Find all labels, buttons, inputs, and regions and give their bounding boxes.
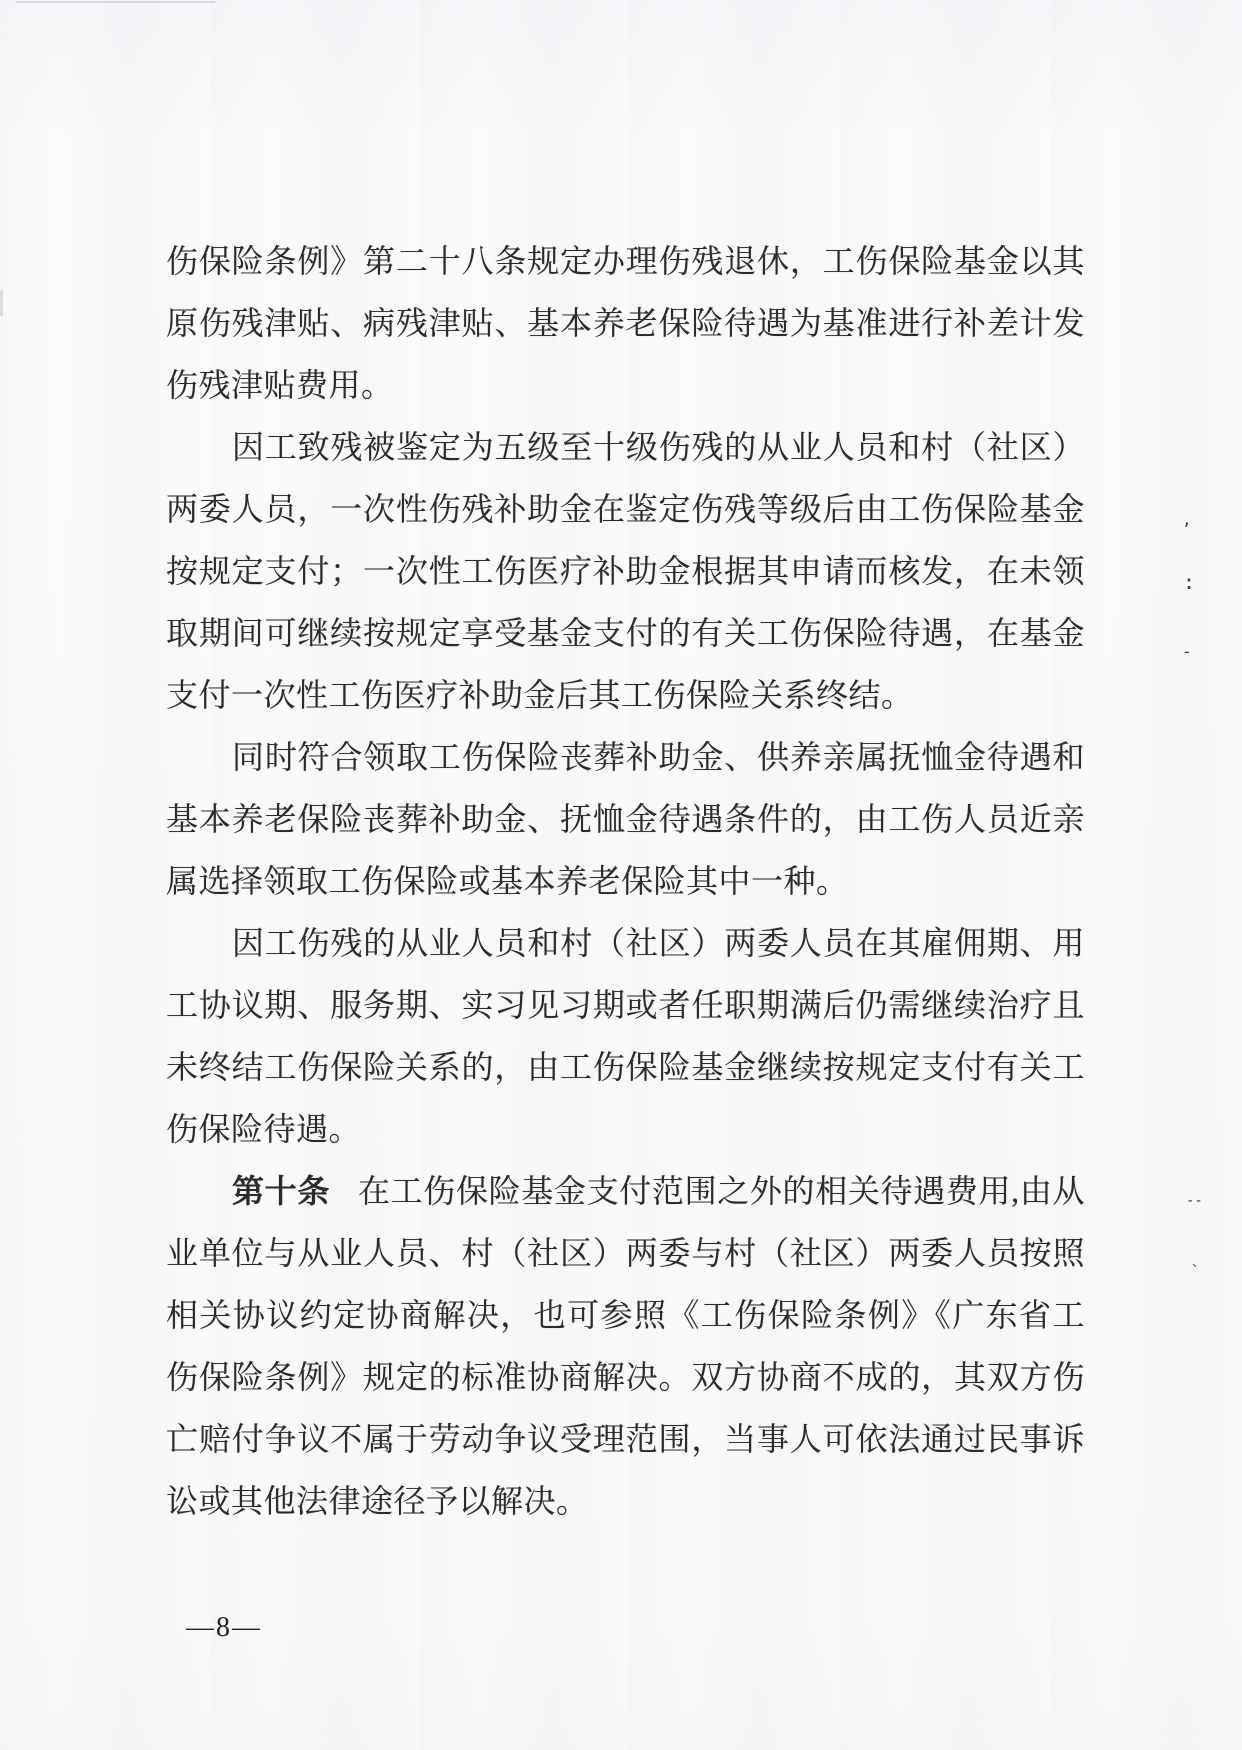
text-line: 伤保险条例》规定的标准协商解决。双方协商不成的，其双方伤	[166, 1346, 1085, 1408]
scan-mark: -	[1182, 644, 1192, 660]
text-line: 两委人员，一次性伤残补助金在鉴定伤残等级后由工伤保险基金	[166, 478, 1085, 540]
text-line: 按规定支付；一次性工伤医疗补助金根据其申请而核发，在未领	[166, 540, 1085, 602]
paragraph: 伤保险条例》第二十八条规定办理伤残退休，工伤保险基金以其原伤残津贴、病残津贴、基…	[166, 230, 1085, 416]
paragraph: 因工伤残的从业人员和村（社区）两委人员在其雇佣期、用工协议期、服务期、实习见习期…	[166, 912, 1085, 1160]
text-line: 未终结工伤保险关系的，由工伤保险基金继续按规定支付有关工	[166, 1036, 1085, 1098]
text-line: 同时符合领取工伤保险丧葬补助金、供养亲属抚恤金待遇和	[166, 726, 1085, 788]
scan-edge-streak-left	[0, 290, 3, 316]
text-line: 因工伤残的从业人员和村（社区）两委人员在其雇佣期、用	[166, 912, 1085, 974]
paragraph: 同时符合领取工伤保险丧葬补助金、供养亲属抚恤金待遇和基本养老保险丧葬补助金、抚恤…	[166, 726, 1085, 912]
document-page: 伤保险条例》第二十八条规定办理伤残退休，工伤保险基金以其原伤残津贴、病残津贴、基…	[0, 0, 1242, 1750]
text-line: 相关协议约定协商解决，也可参照《工伤保险条例》《广东省工	[166, 1284, 1085, 1346]
paragraph: 第十条在工伤保险基金支付范围之外的相关待遇费用,由从业单位与从业人员、村（社区）…	[166, 1160, 1085, 1532]
text-line: 第十条在工伤保险基金支付范围之外的相关待遇费用,由从	[166, 1160, 1085, 1222]
page-number: —8—	[186, 1612, 262, 1644]
scan-edge-streak-top	[16, 1, 216, 3]
text-line: 伤保险待遇。	[166, 1098, 1085, 1160]
text-line: 原伤残津贴、病残津贴、基本养老保险待遇为基准进行补差计发	[166, 292, 1085, 354]
text-line: 伤保险条例》第二十八条规定办理伤残退休，工伤保险基金以其	[166, 230, 1085, 292]
text-line: 基本养老保险丧葬补助金、抚恤金待遇条件的，由工伤人员近亲	[166, 788, 1085, 850]
scan-mark: 、	[1192, 1256, 1205, 1269]
text-line: 讼或其他法律途径予以解决。	[166, 1470, 1085, 1532]
text-line: 亡赔付争议不属于劳动争议受理范围，当事人可依法通过民事诉	[166, 1408, 1085, 1470]
article-text: 在工伤保险基金支付范围之外的相关待遇费用,由从	[358, 1173, 1085, 1209]
text-line: 伤残津贴费用。	[166, 354, 1085, 416]
paragraph: 因工致残被鉴定为五级至十级伤残的从业人员和村（社区）两委人员，一次性伤残补助金在…	[166, 416, 1085, 726]
text-line: 属选择领取工伤保险或基本养老保险其中一种。	[166, 850, 1085, 912]
scan-mark: --	[1186, 1194, 1203, 1208]
text-line: 工协议期、服务期、实习见习期或者任职期满后仍需继续治疗且	[166, 974, 1085, 1036]
document-body: 伤保险条例》第二十八条规定办理伤残退休，工伤保险基金以其原伤残津贴、病残津贴、基…	[166, 230, 1085, 1532]
text-line: 取期间可继续按规定享受基金支付的有关工伤保险待遇，在基金	[166, 602, 1085, 664]
text-line: 支付一次性工伤医疗补助金后其工伤保险关系终结。	[166, 664, 1085, 726]
text-line: 因工致残被鉴定为五级至十级伤残的从业人员和村（社区）	[166, 416, 1085, 478]
scan-mark: ,	[1182, 512, 1192, 528]
text-line: 业单位与从业人员、村（社区）两委与村（社区）两委人员按照	[166, 1222, 1085, 1284]
article-number: 第十条	[232, 1173, 330, 1209]
scan-mark: :	[1183, 572, 1195, 592]
